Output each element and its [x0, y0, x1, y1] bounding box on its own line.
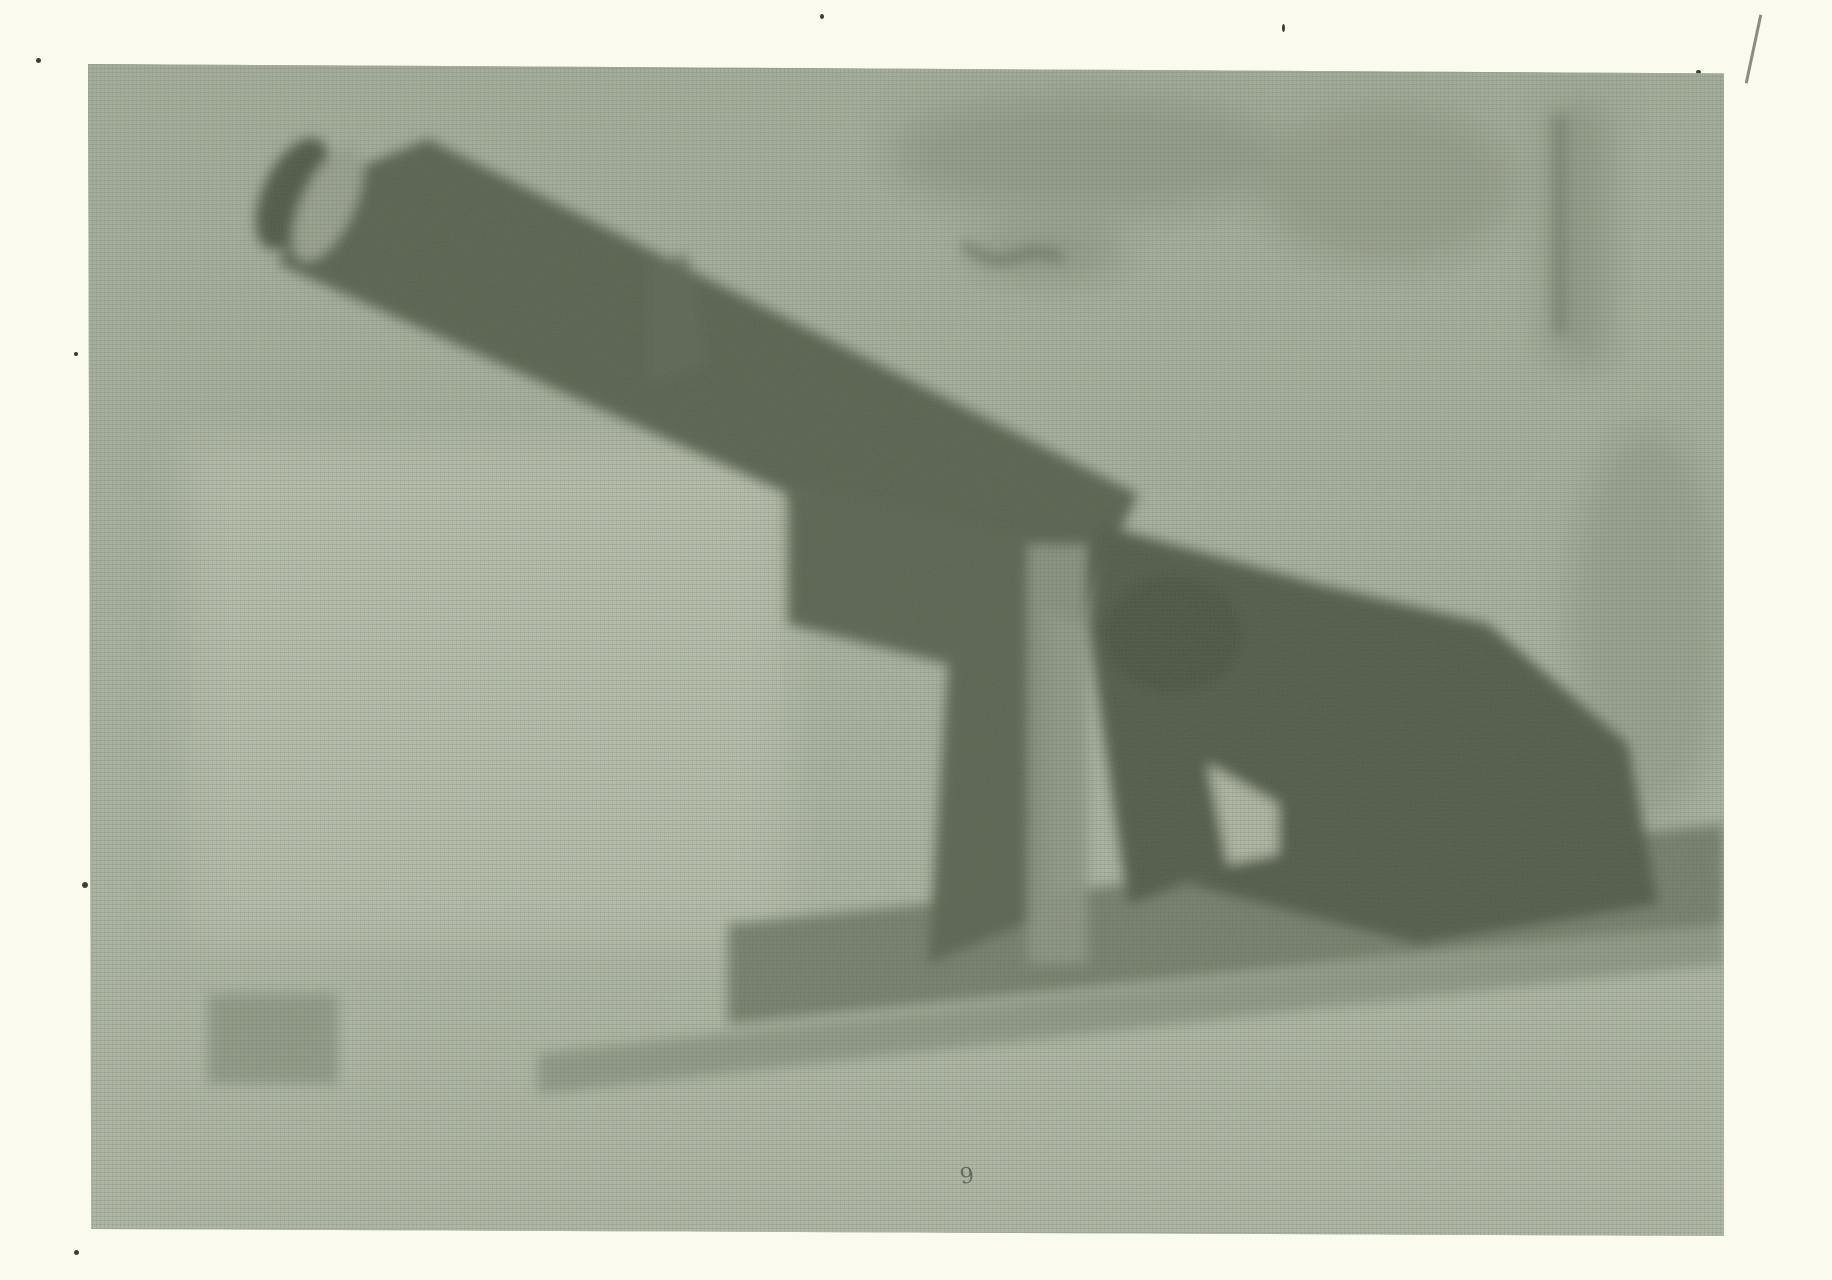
- scanned-page: 9: [0, 0, 1832, 1280]
- scan-speck: [1282, 24, 1285, 32]
- scan-scratch: [1745, 14, 1762, 83]
- scan-speck: [74, 1250, 79, 1255]
- scan-speck: [36, 58, 41, 63]
- scan-speck: [74, 352, 78, 356]
- scan-speck: [82, 882, 88, 888]
- scan-speck: [820, 14, 824, 19]
- halftone-photograph: 9: [88, 64, 1724, 1236]
- cannon-scene: [88, 64, 1724, 1236]
